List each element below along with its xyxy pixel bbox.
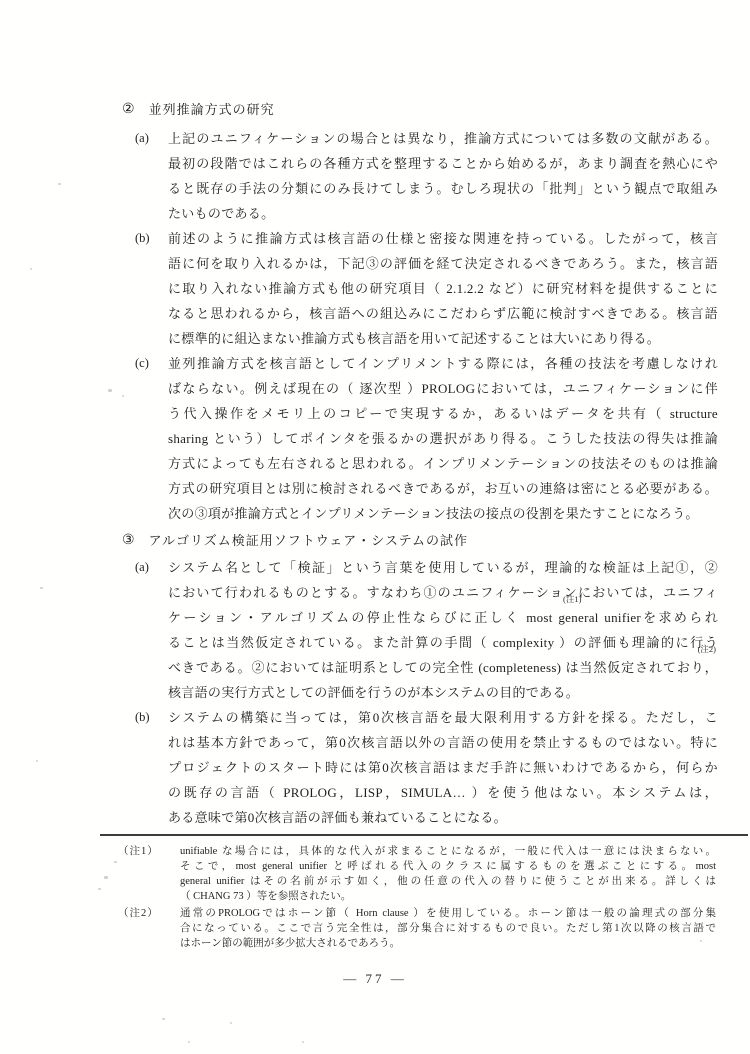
text-line: はホーン節の範囲が多少拡大されるであろう。 [180,936,716,951]
footnote-marker: （注1） [118,844,159,859]
item-marker: (a) [135,555,149,580]
text-line: ることは当然仮定されている。また計算の手間（ complexity ）の評価も理… [168,630,718,655]
section-number: ③ [122,528,135,553]
text-line: 合になっている。ここで言う完全性は，部分集合に対するもので良い。ただし第1次以降… [180,921,716,936]
paragraph-2b: (b) 前述のように推論方式は核言語の仕様と密接な関連を持っている。したがって，… [122,226,718,351]
item-marker: (b) [135,705,150,730]
text-line: システムの構築に当っては，第0次核言語を最大限利用する方針を採る。ただし，こ [168,705,718,730]
item-marker: (b) [135,226,150,251]
text-line: において行われるものとする。すなわち①のユニフィケーションにおいては，ユニフィ [168,580,718,605]
section-heading-2: ② 並列推論方式の研究 [122,97,718,122]
text-line: ばならない。例えば現在の（ 逐次型 ）PROLOGにおいては，ユニフィケーション… [168,376,718,401]
item-marker: (a) [135,126,149,151]
section-number: ② [122,97,135,122]
text-line: 通常のPROLOGではホーン節（ Horn clause ）を使用している。ホー… [180,906,716,921]
text-line: ケーション・アルゴリズムの停止性ならびに正しく most general uni… [168,605,718,630]
paragraph-3b: (b) システムの構築に当っては，第0次核言語を最大限利用する方針を採る。ただし… [122,705,718,830]
text-line: れは基本方針であって，第0次核言語以外の言語の使用を禁止するものではない。特に [168,730,718,755]
scan-speck [700,940,702,942]
text-line: sharing という）してポインタを張るかの選択があり得る。こうした技法の得失… [168,426,718,451]
scan-speck [58,183,61,185]
text-line: unifiable な場合には，具体的な代入が求まることになるが，一般に代入は一… [180,844,716,859]
text-line: 語に何を取り入れるかは，下記③の評価を経て決定されるべきであろう。また，核言語 [168,251,718,276]
paragraph-lines: システムの構築に当っては，第0次核言語を最大限利用する方針を採る。ただし，これは… [168,705,718,830]
text-line: general unifier はその名前が示す如く，他の任意の代入の替りに使う… [180,874,716,889]
item-marker: (c) [135,351,149,376]
scan-speck [188,1041,190,1043]
footnote-marker: （注2） [118,906,159,921]
section-heading-3: ③ アルゴリズム検証用ソフトウェア・システムの試作 [122,528,718,553]
text-line: 方式の研究項目とは別に検討されるべきであるが，お互いの連絡は密にとる必要がある。 [168,476,718,501]
document-body: ② 並列推論方式の研究 (a) 上記のユニフィケーションの場合とは異なり，推論方… [0,0,750,830]
footnote-lines: 通常のPROLOGではホーン節（ Horn clause ）を使用している。ホー… [180,906,716,951]
superscript-note-1: (注1) [563,594,581,604]
superscript-note-2: (注2) [698,644,716,654]
scan-speck [30,268,32,270]
text-line: 方式によっても左右されると思われる。インプリメンテーションの技法そのものは推論 [168,451,718,476]
section-title: 並列推論方式の研究 [149,97,275,122]
scan-speck [108,389,112,392]
text-line: の既存の言語（ PROLOG，LISP，SIMULA… ）を使う他はない。本シス… [168,780,718,805]
scan-speck [40,587,43,589]
scan-speck [98,888,101,890]
text-line: に標準的に組込まない推論方式も核言語を用いて記述することは大いにあり得る。 [168,326,718,351]
text-line: 次の③項が推論方式とインプリメンテーション技法の接点の役割を果たすことになろう。 [168,501,718,526]
text-line: 最初の段階ではこれらの各種方式を整理することから始めるが，あまり調査を熱心にや [168,151,718,176]
text-line: う代入操作をメモリ上のコピーで実現するか，あるいはデータを共有（ structu… [168,401,718,426]
footnote-1: （注1） unifiable な場合には，具体的な代入が求まることになるが，一般… [118,844,716,904]
paragraph-2c: (c) 並列推論方式を核言語としてインプリメントする際には，各種の技法を考慮しな… [122,351,718,526]
scan-speck [302,1041,304,1043]
footnote-2: （注2） 通常のPROLOGではホーン節（ Horn clause ）を使用して… [118,906,716,951]
text-line: たいものである。 [168,201,718,226]
footnotes-block: （注1） unifiable な場合には，具体的な代入が求まることになるが，一般… [0,842,750,951]
text-line: べきである。②においては証明系としての完全性 (completeness) は当… [168,655,718,680]
paragraph-lines: 並列推論方式を核言語としてインプリメントする際には，各種の技法を考慮しなければな… [168,351,718,526]
paragraph-lines: 上記のユニフィケーションの場合とは異なり，推論方式については多数の文献がある。最… [168,126,718,226]
footnote-divider [100,834,748,836]
text-line: ると既存の手法の分類にのみ長けてしまう。むしろ現状の「批判」という観点で取組み [168,176,718,201]
page-number: — 77 — [0,971,750,987]
paragraph-lines: システム名として「検証」という言葉を使用しているが，理論的な検証は上記①，②にお… [168,555,718,705]
scan-speck [104,876,108,879]
scan-speck [122,395,124,397]
paragraph-2a: (a) 上記のユニフィケーションの場合とは異なり，推論方式については多数の文献が… [122,126,718,226]
text-line: 上記のユニフィケーションの場合とは異なり，推論方式については多数の文献がある。 [168,126,718,151]
text-line: に取り入れない推論方式も他の研究項目（ 2.1.2.2 など）に研究材料を提供す… [168,276,718,301]
text-line: そこで，most general unifier と呼ばれる代入のクラスに属する… [180,859,716,874]
paragraph-lines: 前述のように推論方式は核言語の仕様と密接な関連を持っている。したがって，核言語に… [168,226,718,351]
document-page: ② 並列推論方式の研究 (a) 上記のユニフィケーションの場合とは異なり，推論方… [0,0,750,1054]
scan-speck [162,1018,165,1020]
text-line: システム名として「検証」という言葉を使用しているが，理論的な検証は上記①，② [168,555,718,580]
text-line: 前述のように推論方式は核言語の仕様と密接な関連を持っている。したがって，核言 [168,226,718,251]
text-line: プロジェクトのスタート時には第0次核言語はまだ手許に無いわけであるから，何らか [168,755,718,780]
footnote-lines: unifiable な場合には，具体的な代入が求まることになるが，一般に代入は一… [180,844,716,904]
text-line: 並列推論方式を核言語としてインプリメントする際には，各種の技法を考慮しなけれ [168,351,718,376]
text-line: なると思われるから，核言語への組込みにこだわらず広範に検討すべきである。核言語 [168,301,718,326]
text-line: 核言語の実行方式としての評価を行うのが本システムの目的である。 [168,680,718,705]
text-line: ある意味で第0次核言語の評価も兼ねていることになる。 [168,805,718,830]
scan-speck [230,1022,232,1024]
section-title: アルゴリズム検証用ソフトウェア・システムの試作 [149,528,468,553]
scan-speck [36,760,38,762]
scan-speck [114,861,117,863]
paragraph-3a: (a) システム名として「検証」という言葉を使用しているが，理論的な検証は上記①… [122,555,718,705]
text-line: （ CHANG 73 ）等を参照されたい。 [180,889,716,904]
